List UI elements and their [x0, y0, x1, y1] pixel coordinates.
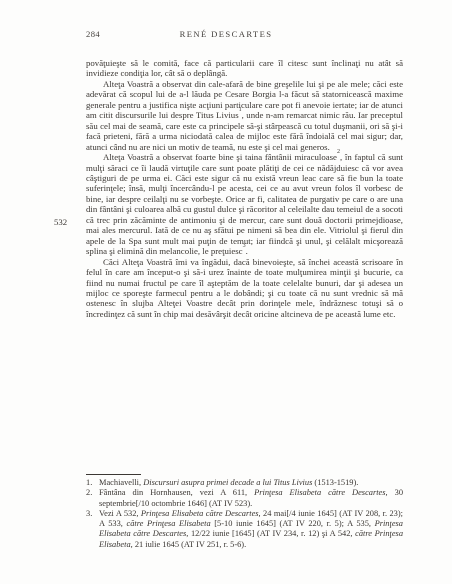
footnote-item: 3.Vezi A 532, Prinţesa Elisabeta către D… [86, 509, 403, 550]
text-segment: Vezi A 532, [99, 509, 141, 518]
italic-title: către Prinţesa Elisabeta [126, 519, 210, 528]
margin-line-number: 532 [54, 217, 80, 227]
italic-title: Prinţesa Elisabeta către Descartes [141, 509, 259, 518]
footnote-rule [86, 474, 141, 475]
text-segment: povăţuieşte să le comită, face că partic… [86, 58, 403, 78]
text-segment: [5-10 iunie 1645] (AT IV 220, r. 5); A 5… [211, 519, 375, 528]
footnote-ref-superscript: 3 [243, 243, 246, 249]
footnote-item: 1.Machiavelli, Discursuri asupra primei … [86, 478, 403, 488]
footnote-number: 3. [86, 509, 99, 519]
footnote-item: 2.Fântâna din Hornhausen, vezi A 611, Pr… [86, 488, 403, 509]
text-segment: , în faptul că sunt mulţi săraci ce îi l… [86, 152, 403, 256]
italic-title: Discursuri asupra primei decade a lui Ti… [143, 478, 312, 487]
body-paragraph: Căci Alteţa Voastră îmi va îngădui, dacă… [86, 257, 403, 320]
body-paragraph: Alteţa Voastră a observat foarte bine şi… [86, 152, 403, 257]
footnotes: 1.Machiavelli, Discursuri asupra primei … [86, 478, 403, 550]
book-page: 284 RENÉ DESCARTES 532 povăţuieşte să le… [0, 0, 452, 584]
text-segment: Căci Alteţa Voastră îmi va îngădui, dacă… [86, 257, 403, 319]
body-paragraph: Alteţa Voastră a observat din cale-afară… [86, 79, 403, 152]
body-paragraph: povăţuieşte să le comită, face că partic… [86, 58, 403, 79]
text-segment: , 21 iulie 1645 (AT IV 251, r. 5-6). [131, 540, 247, 549]
running-head: RENÉ DESCARTES [0, 29, 452, 39]
footnote-number: 2. [86, 488, 99, 498]
text-segment: Alteţa Voastră a observat foarte bine şi… [103, 152, 337, 162]
footnote-ref-superscript: 1 [239, 107, 242, 113]
body-text: povăţuieşte să le comită, face că partic… [86, 58, 403, 319]
footnote-ref-superscript: 2 [337, 149, 340, 155]
text-segment: (1513-1519). [312, 478, 358, 487]
text-segment: Fântâna din Hornhausen, vezi A 611, [99, 488, 254, 497]
page-header: 284 RENÉ DESCARTES [0, 29, 452, 41]
italic-title: Prinţesa Elisabeta către Descartes [254, 488, 385, 497]
footnote-number: 1. [86, 478, 99, 488]
text-segment: , 12/22 iunie [1645] (AT IV 234, r. 12) … [186, 529, 355, 538]
text-segment: Machiavelli, [99, 478, 143, 487]
